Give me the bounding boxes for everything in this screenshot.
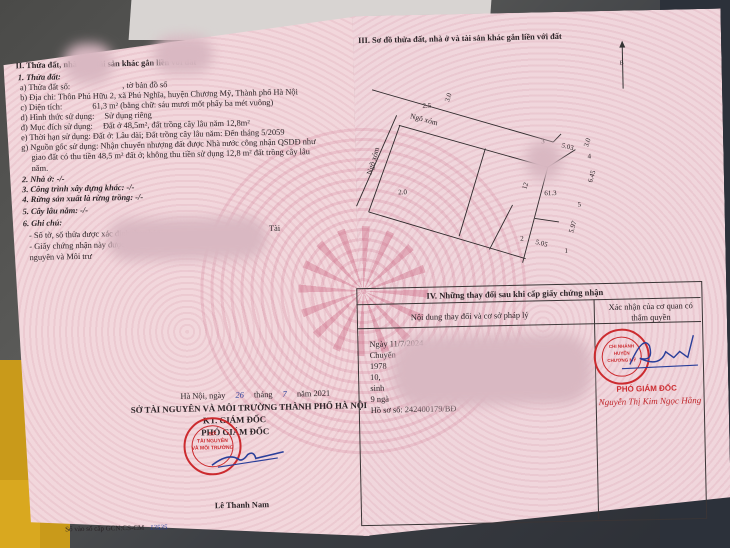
redaction	[63, 43, 114, 84]
redaction	[153, 35, 214, 74]
redaction	[107, 216, 268, 261]
notes-heading: 6. Ghi chú:	[23, 218, 63, 229]
north-arrow: B	[617, 41, 628, 91]
north-label: B	[620, 59, 624, 70]
signer-name: Lê Thanh Nam	[215, 500, 270, 512]
map-label-width: 2.5	[422, 101, 431, 112]
map-label-width: 2.0	[398, 187, 407, 198]
map-point: 5	[577, 200, 581, 211]
note-line-end: Tài	[269, 224, 280, 235]
parcel-map	[343, 51, 607, 266]
redaction	[525, 140, 562, 181]
confirm-signer: Nguyễn Thị Kim Ngọc Hằng	[599, 395, 702, 408]
redaction	[391, 333, 592, 407]
registry-label: Số vào sổ cấp GCN:CS-CM 13535	[65, 522, 167, 535]
map-point: 2	[520, 234, 524, 245]
origin-continuation: năm.	[32, 164, 49, 175]
signature	[208, 446, 288, 470]
note-line: nguyên và Môi trư	[29, 252, 92, 264]
map-area: 61.3	[544, 188, 556, 199]
map-point: 1	[564, 246, 568, 257]
land-certificate: II. Thửa đất, nhà ở và tài sản khác gắn …	[3, 9, 730, 544]
map-point: 4	[587, 151, 591, 162]
confirm-title: PHÓ GIÁM ĐỐC	[616, 384, 677, 396]
perennial-item: 5. Cây lâu năm: -/-	[22, 206, 88, 218]
column-header-confirm: Xác nhận của cơ quan có thẩm quyền	[605, 301, 697, 324]
signature	[619, 327, 700, 379]
